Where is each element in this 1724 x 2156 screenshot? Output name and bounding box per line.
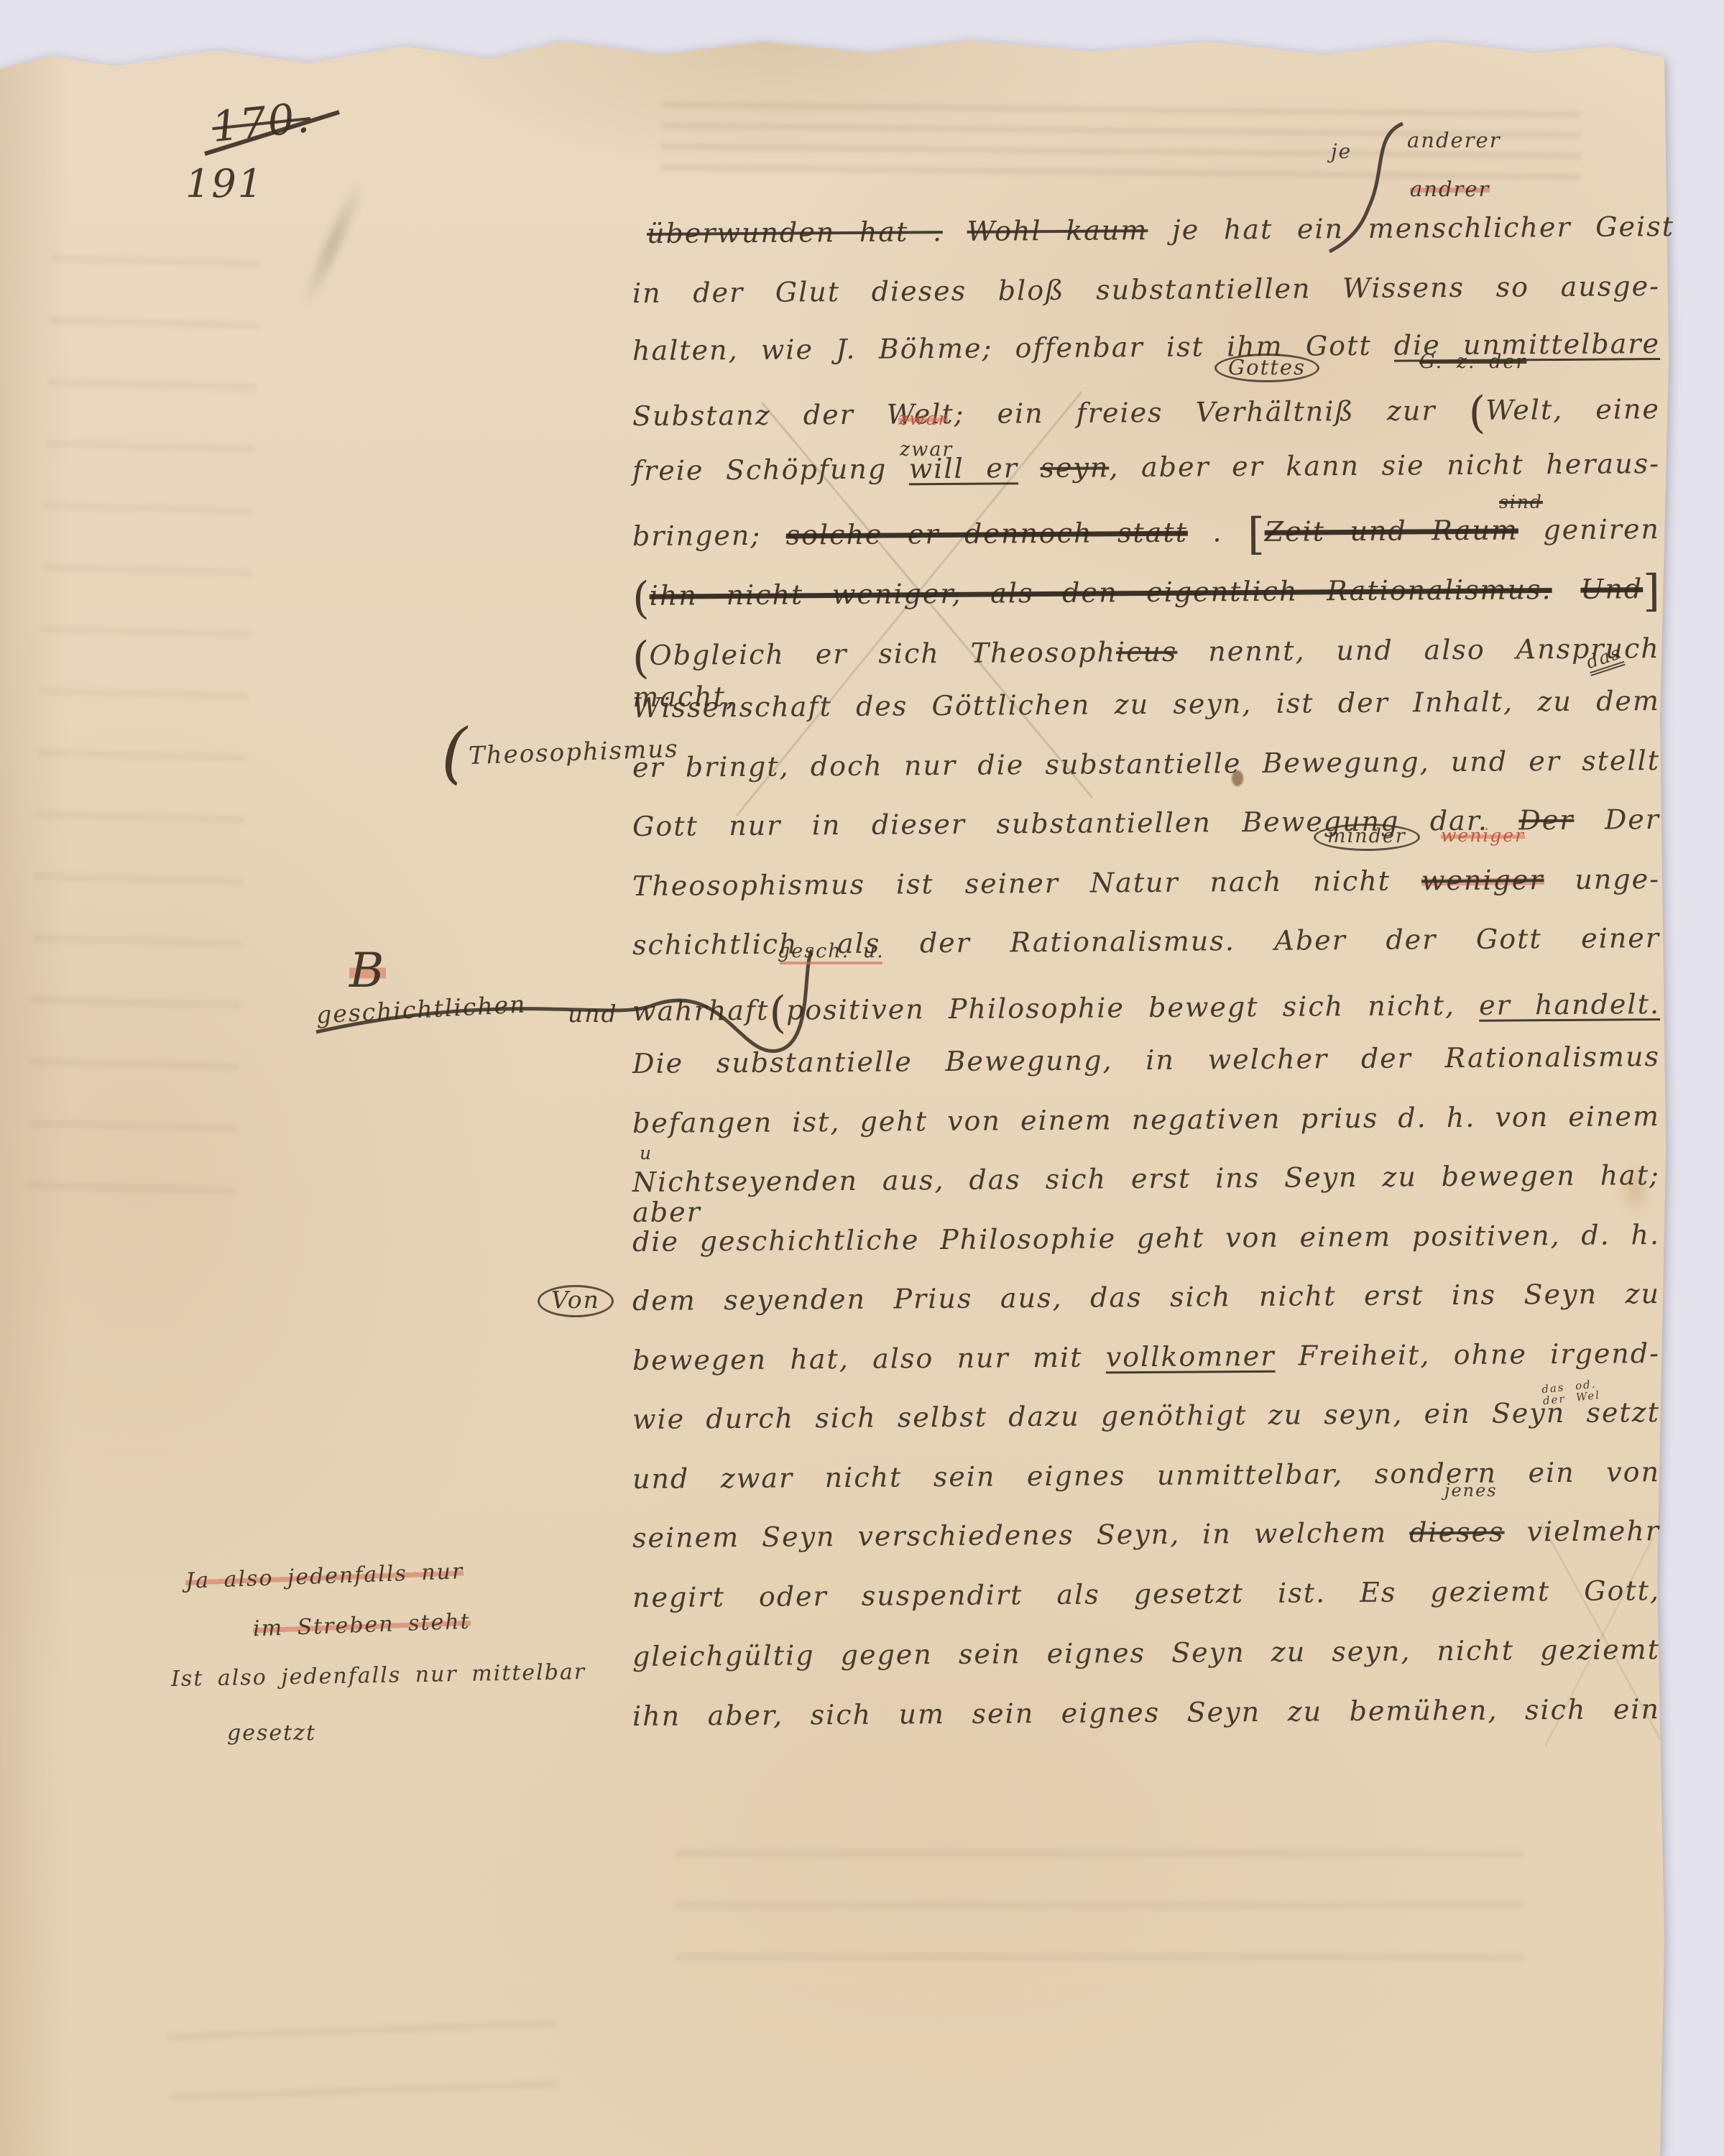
text-segment: Der <box>1518 804 1574 837</box>
text-segment: positiven Philosophie bewegt sich nicht, <box>786 990 1480 1026</box>
text-segment: Der <box>1574 803 1660 836</box>
interline-insert-zwar-ink: zwar <box>900 440 953 460</box>
text-segment: ihn nicht weniger, als den eigentlich Ra… <box>650 573 1552 612</box>
text-segment: Zeit und Raum <box>1265 514 1519 547</box>
interline-insert-jenes: jenes <box>1444 1482 1498 1500</box>
text-segment: seinem Seyn verschiedenes Seyn, in welch… <box>632 1516 1409 1554</box>
interline-insert-zwar-red: zwar <box>898 410 948 428</box>
scanned-manuscript-page: 170. 191 überwunden hat . Wohl kaum je h… <box>0 0 1724 2156</box>
old-page-number-struck: 170. <box>210 96 313 149</box>
interline-insert-gesch-u: gesch. u. <box>778 941 885 962</box>
text-segment: ] <box>1643 566 1660 617</box>
text-segment: seyn <box>1040 451 1109 484</box>
interline-insert-minder: minder <box>1314 824 1420 851</box>
text-segment: [ <box>1248 510 1265 560</box>
text-segment: je hat ein menschlicher Geist <box>1148 211 1674 246</box>
new-page-number: 191 <box>185 164 264 205</box>
margin-note-line2: gesetzt <box>227 1722 316 1745</box>
text-segment: Theosophismus ist seiner Natur nach nich… <box>632 865 1421 902</box>
manuscript-line-14: wahrhaft(positiven Philosophie bewegt si… <box>632 983 1660 1038</box>
interline-insert-u: u <box>640 1144 653 1163</box>
text-segment: ( <box>632 633 650 683</box>
paper-shadow-wrap <box>0 0 1724 2156</box>
text-segment: bewegen hat, also nur mit <box>632 1341 1106 1376</box>
text-segment: überwunden hat . <box>647 216 943 249</box>
interline-insert-sind-struck: sind <box>1499 493 1543 512</box>
text-segment <box>1552 573 1581 605</box>
text-segment: geniren <box>1518 513 1660 545</box>
text-segment: Wohl kaum <box>967 214 1148 247</box>
text-segment: vielmehr <box>1504 1515 1660 1548</box>
text-segment: ( <box>769 987 786 1038</box>
text-segment <box>1018 452 1041 484</box>
paper-sheet-torn-edge <box>0 0 1724 2156</box>
text-segment: er handelt. <box>1479 988 1660 1021</box>
margin-insert-und: und <box>568 1002 618 1027</box>
interline-insert-weniger-red: weniger <box>1441 826 1525 845</box>
margin-insert-b-struck-red: B <box>349 946 386 995</box>
manuscript-line-6: bringen; solche er dennoch statt . [Zeit… <box>632 508 1660 563</box>
manuscript-line-17: Nichtseyenden aus, das sich erst ins Sey… <box>632 1161 1661 1228</box>
text-segment: bringen; <box>632 520 786 552</box>
text-segment: Und <box>1580 573 1643 605</box>
text-segment: Freiheit, ohne irgend- <box>1275 1337 1660 1372</box>
margin-bracket-theosophismus: ( <box>441 719 469 788</box>
text-segment: dieses <box>1409 1516 1505 1549</box>
manuscript-line-4: Substanz der Welt; ein freies Verhältniß… <box>632 388 1660 443</box>
text-segment: unge- <box>1544 863 1660 895</box>
interline-insert-g-z-der: G. z. der <box>1419 352 1526 372</box>
text-segment: . <box>1188 516 1248 548</box>
manuscript-line-7: (ihn nicht weniger, als den eigentlich R… <box>632 568 1660 623</box>
text-segment: vollkomner <box>1106 1340 1276 1373</box>
text-segment: ( <box>1468 388 1485 438</box>
text-segment: icus <box>1116 636 1178 668</box>
text-segment: wahrhaft <box>632 995 770 1027</box>
text-segment: Obgleich er sich Theosoph <box>649 636 1116 671</box>
text-segment: freie Schöpfung <box>632 453 909 487</box>
interline-insert-anderer: anderer <box>1407 129 1501 151</box>
margin-note-von: Von <box>538 1285 614 1317</box>
interline-insert-andrer-struck: andrer <box>1410 178 1490 200</box>
interline-insert-gottes: Gottes <box>1214 354 1319 382</box>
text-segment: weniger <box>1421 864 1544 896</box>
interline-insert-je: je <box>1331 141 1352 162</box>
text-segment: Welt, eine <box>1485 393 1660 426</box>
text-segment: , aber er kann sie nicht heraus- <box>1109 448 1660 483</box>
text-segment <box>943 216 967 247</box>
text-segment: Nichtseyenden aus, das sich erst ins Sey… <box>632 1159 1660 1228</box>
text-segment: solche er dennoch statt <box>786 517 1189 551</box>
text-segment: ( <box>632 573 650 624</box>
text-segment: Substanz der Welt; ein freies Verhältniß… <box>632 395 1469 432</box>
